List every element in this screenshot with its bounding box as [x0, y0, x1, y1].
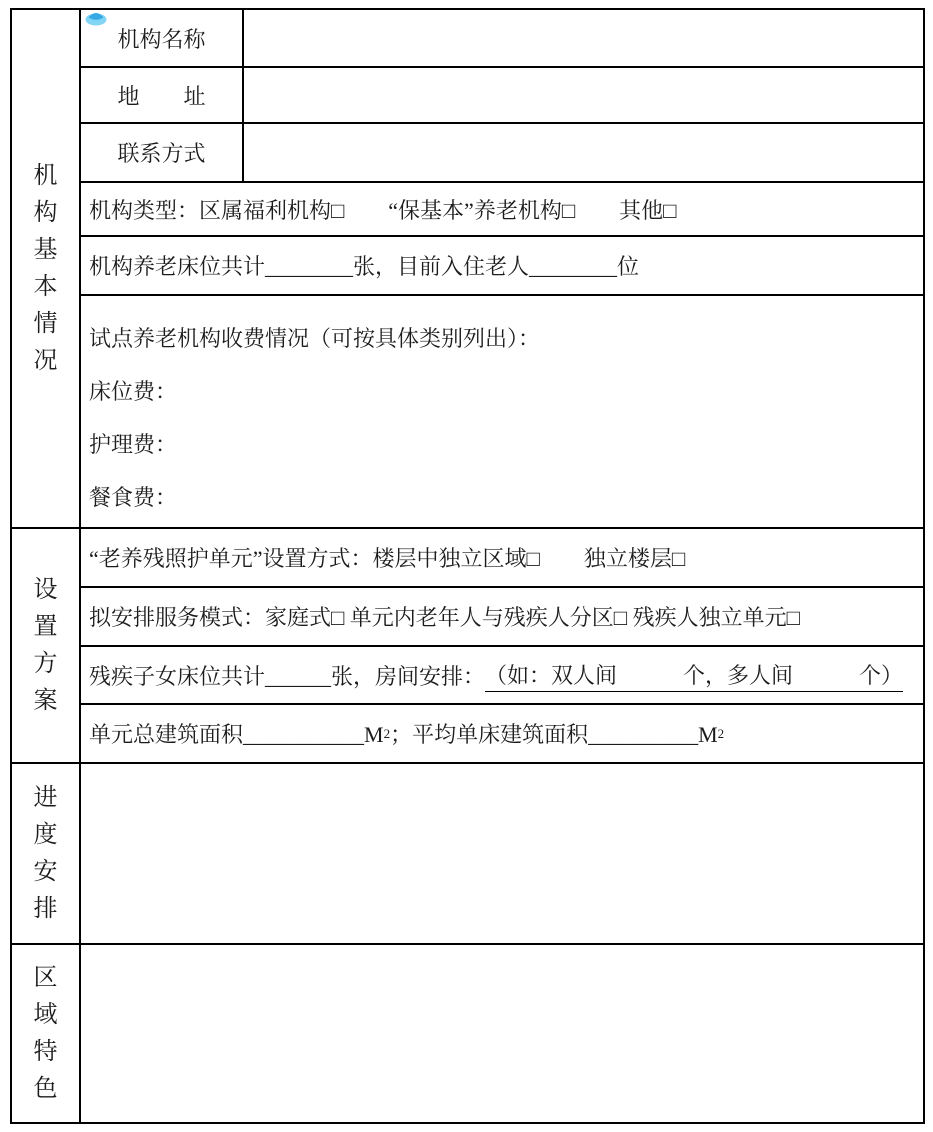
section-setup-plan-label: 设置方案	[32, 572, 58, 720]
field-row-contact: 联系方式	[81, 124, 923, 183]
droplet-icon	[84, 9, 108, 26]
section-regional-features: 区域特色	[12, 945, 923, 1122]
meal-fee-line: 餐食费：	[89, 471, 923, 524]
contact-value-cell[interactable]	[244, 124, 923, 181]
bed-fee-line: 床位费：	[89, 365, 923, 418]
section-regional-features-label-cell: 区域特色	[12, 945, 81, 1122]
building-area-row[interactable]: 单元总建筑面积___________M2；平均单床建筑面积__________M…	[81, 705, 923, 762]
avg-area-text: ；平均单床建筑面积__________M	[390, 718, 718, 749]
section-progress-schedule-body	[81, 764, 923, 943]
disabled-beds-text: 残疾子女床位共计______张，房间安排：	[89, 660, 485, 691]
beds-count-row[interactable]: 机构养老床位共计________张，目前入住老人________位	[81, 237, 923, 296]
contact-label: 联系方式	[81, 124, 244, 181]
progress-schedule-content-cell[interactable]	[81, 764, 923, 943]
address-value-cell[interactable]	[244, 68, 923, 122]
form-table: 机构基本情况 机构名称 地 址 联系方式 机构类型：区属福利机构□ “保基本”养…	[10, 8, 925, 1124]
section-basic-info-label: 机构基本情况	[32, 158, 58, 380]
fee-title-line: 试点养老机构收费情况（可按具体类别列出）：	[89, 312, 923, 365]
disabled-beds-row[interactable]: 残疾子女床位共计______张，房间安排：（如：双人间 个，多人间 个）	[81, 647, 923, 705]
section-progress-schedule: 进度安排	[12, 764, 923, 945]
section-regional-features-body	[81, 945, 923, 1122]
field-row-institution-name: 机构名称	[81, 10, 923, 68]
unit-setup-mode-row[interactable]: “老养残照护单元”设置方式：楼层中独立区域□ 独立楼层□	[81, 529, 923, 588]
institution-type-row[interactable]: 机构类型：区属福利机构□ “保基本”养老机构□ 其他□	[81, 183, 923, 237]
section-regional-features-label: 区域特色	[32, 960, 58, 1108]
section-basic-info-label-cell: 机构基本情况	[12, 10, 81, 527]
section-basic-info: 机构基本情况 机构名称 地 址 联系方式 机构类型：区属福利机构□ “保基本”养…	[12, 10, 923, 529]
institution-name-value-cell[interactable]	[244, 10, 923, 66]
regional-features-content-cell[interactable]	[81, 945, 923, 1122]
fee-info-row[interactable]: 试点养老机构收费情况（可按具体类别列出）： 床位费： 护理费： 餐食费：	[81, 296, 923, 527]
section-setup-plan: 设置方案 “老养残照护单元”设置方式：楼层中独立区域□ 独立楼层□ 拟安排服务模…	[12, 529, 923, 764]
room-arrangement-hint: （如：双人间 个，多人间 个）	[485, 659, 903, 692]
section-progress-schedule-label: 进度安排	[32, 780, 58, 928]
field-row-address: 地 址	[81, 68, 923, 124]
address-label: 地 址	[81, 68, 244, 122]
total-area-text: 单元总建筑面积___________M	[89, 718, 384, 749]
service-mode-row[interactable]: 拟安排服务模式：家庭式□ 单元内老年人与残疾人分区□ 残疾人独立单元□	[81, 588, 923, 647]
section-basic-info-body: 机构名称 地 址 联系方式 机构类型：区属福利机构□ “保基本”养老机构□ 其他…	[81, 10, 923, 527]
section-setup-plan-label-cell: 设置方案	[12, 529, 81, 762]
nursing-fee-line: 护理费：	[89, 418, 923, 471]
section-setup-plan-body: “老养残照护单元”设置方式：楼层中独立区域□ 独立楼层□ 拟安排服务模式：家庭式…	[81, 529, 923, 762]
section-progress-schedule-label-cell: 进度安排	[12, 764, 81, 943]
